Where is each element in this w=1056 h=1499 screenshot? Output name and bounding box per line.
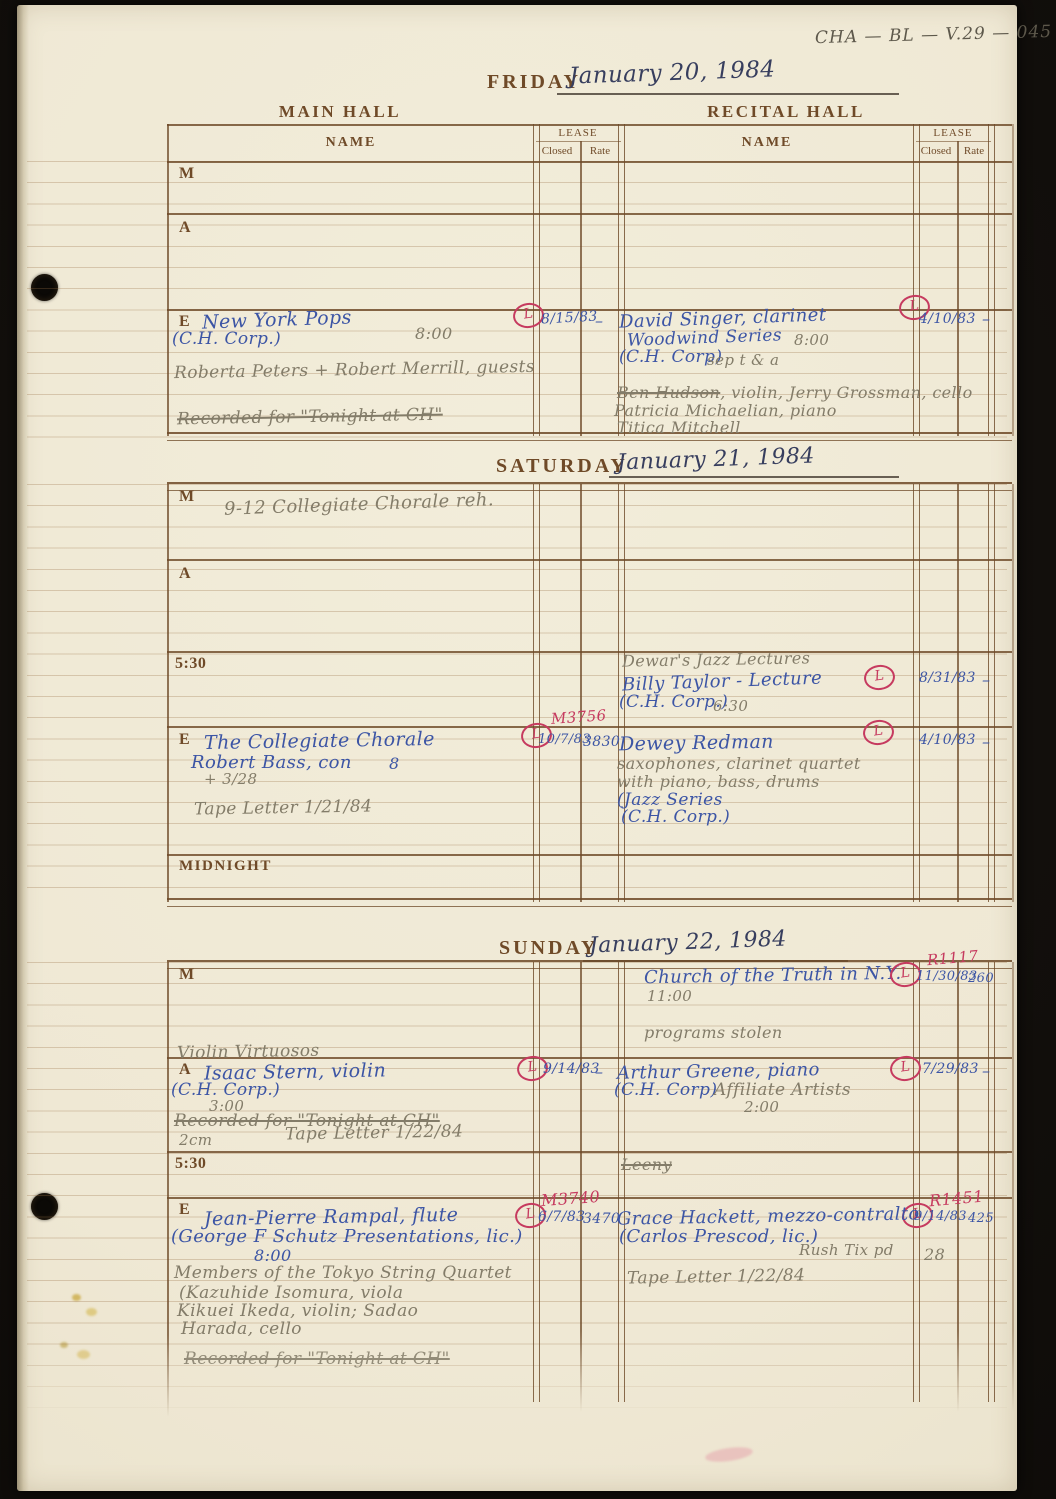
table-line (167, 559, 1012, 561)
saturday-recital-e-org: (C.H. Corp.) (621, 807, 730, 827)
table-line (580, 962, 582, 1412)
sunday-main-e-closed: 6/7/83 (538, 1209, 585, 1225)
sunday-recital-e-tape: Tape Letter 1/22/84 (627, 1265, 806, 1288)
table-line (167, 651, 1012, 653)
table-line (988, 484, 995, 902)
main-lease-header: LEASE (558, 127, 597, 139)
friday-recital-e-personnel: Ben Hudson, violin, Jerry Grossman, cell… (617, 383, 973, 402)
saturday-day-label: SATURDAY (496, 455, 628, 478)
table-line (167, 482, 1012, 491)
saturday-row-midnight: MIDNIGHT (179, 858, 272, 875)
friday-day-label: FRIDAY (487, 71, 581, 94)
saturday-recital-e-closed: 4/10/83 (919, 732, 976, 748)
table-line (536, 141, 621, 142)
friday-main-e-time: 8:00 (415, 324, 453, 343)
sunday-row-e: E (179, 1201, 190, 1219)
saturday-main-e-num: 8 (389, 754, 400, 773)
friday-recital-e-time: 8:00 (794, 331, 829, 349)
table-line (167, 124, 1012, 126)
saturday-recital-e-name: Dewey Redman (619, 731, 774, 756)
table-line (533, 962, 540, 1402)
friday-date: January 20, 1984 (569, 56, 776, 89)
table-line (167, 124, 169, 436)
sunday-main-a-tape: Tape Letter 1/22/84 (285, 1121, 464, 1144)
sunday-recital-a-program: Affiliate Artists (714, 1080, 851, 1100)
friday-recital-e-personnel3: Titica Mitchell (617, 418, 741, 437)
sunday-row-530: 5:30 (175, 1155, 206, 1173)
saturday-recital-530-org: (C.H. Corp.) (619, 692, 728, 712)
table-line (916, 141, 991, 142)
scanned-ledger-page: CHA — BL — V.29 — 045 FRIDAY January 20,… (0, 0, 1056, 1499)
sunday-main-e-org: (George F Schutz Presentations, lic.) (171, 1226, 523, 1247)
table-line (957, 962, 959, 1412)
sunday-recital-e-note: Rush Tix pd (799, 1241, 894, 1259)
table-line (580, 141, 582, 436)
table-line (988, 124, 995, 436)
table-line (1012, 962, 1014, 1412)
table-line (1012, 484, 1014, 902)
table-line (167, 213, 1012, 215)
table-line (167, 432, 1012, 441)
sunday-main-a-series: Violin Virtuosos (177, 1041, 320, 1063)
sunday-day-label: SUNDAY (499, 937, 599, 960)
saturday-row-a: A (179, 565, 191, 583)
sunday-row-a: A (179, 1061, 191, 1079)
sunday-recital-a-time: 2:00 (744, 1098, 779, 1116)
sunday-recital-530-strike: Leeny (621, 1155, 672, 1174)
friday-row-a: A (179, 219, 191, 237)
sunday-recital-e-num: 28 (924, 1245, 945, 1264)
main-closed-header: Closed (542, 145, 573, 157)
table-line (533, 484, 540, 902)
table-line (167, 484, 169, 902)
sunday-main-e-p2: (Kazuhide Isomura, viola (179, 1283, 403, 1303)
saturday-main-e-tape: Tape Letter 1/21/84 (194, 796, 373, 819)
sunday-recital-e-org: (Carlos Prescod, lic.) (619, 1226, 818, 1247)
ruled-lines (27, 962, 1007, 1420)
sunday-recital-m-time: 11:00 (647, 987, 692, 1005)
saturday-main-e-rate: 3830 (583, 734, 620, 750)
table-line (618, 962, 625, 1402)
saturday-recital-530-closed: 8/31/83 (919, 670, 976, 686)
table-line (957, 484, 959, 902)
date-underline (557, 93, 899, 95)
sunday-main-a-rate: – (595, 1062, 603, 1081)
sunday-main-e-recorded: Recorded for "Tonight at CH" (184, 1349, 450, 1369)
paper-sheet: CHA — BL — V.29 — 045 FRIDAY January 20,… (17, 5, 1017, 1491)
sunday-recital-m-name: Church of the Truth in N.Y. (644, 963, 902, 988)
main-rate-header: Rate (590, 145, 610, 157)
friday-recital-e-note: sep t & a (707, 351, 779, 369)
friday-main-e-rate: – (595, 311, 603, 330)
date-underline (609, 476, 899, 478)
table-line (1012, 124, 1014, 436)
table-line (167, 161, 1012, 163)
sunday-recital-a-org: (C.H. Corp) (614, 1080, 717, 1100)
recital-rate-header: Rate (964, 145, 984, 157)
sunday-recital-a-closed: 7/29/83 (922, 1061, 979, 1077)
saturday-date: January 21, 1984 (617, 444, 815, 476)
sunday-recital-e-closed: 9/14/83 (914, 1209, 967, 1224)
sunday-main-e-p1: Members of the Tokyo String Quartet (174, 1263, 512, 1283)
table-line (580, 484, 582, 902)
friday-main-e-closed: 8/15/83 (541, 309, 599, 328)
recital-name-header: NAME (742, 135, 793, 151)
saturday-recital-530-series: Dewar's Jazz Lectures (622, 648, 811, 670)
recital-hall-header: RECITAL HALL (707, 102, 865, 122)
friday-recital-e-rate: – (982, 309, 990, 328)
recital-closed-header: Closed (921, 145, 952, 157)
sunday-main-e-rate: 3470 (583, 1211, 620, 1227)
sunday-recital-e-rate: 425 (968, 1211, 994, 1226)
sunday-recital-m-note: programs stolen (644, 1023, 783, 1042)
table-line (988, 962, 995, 1402)
saturday-recital-530-time: 6:30 (713, 697, 748, 715)
saturday-recital-530-rate: – (982, 670, 990, 689)
table-line (167, 898, 1012, 907)
table-line (167, 962, 169, 1417)
sunday-recital-m-rate: 260 (968, 971, 994, 986)
sunday-recital-a-rate: – (982, 1061, 990, 1080)
table-line (167, 1151, 1012, 1153)
friday-row-m: M (179, 165, 195, 183)
table-line (913, 484, 920, 902)
friday-main-e-org: (C.H. Corp.) (172, 329, 281, 349)
friday-recital-e-closed: 4/10/83 (919, 311, 976, 327)
saturday-main-e-name: The Collegiate Chorale (204, 728, 435, 754)
ruled-lines (27, 484, 1007, 902)
sunday-row-m: M (179, 966, 195, 984)
saturday-row-m: M (179, 488, 195, 506)
saturday-recital-e-desc1: saxophones, clarinet quartet (617, 754, 861, 773)
sunday-date: January 22, 1984 (589, 927, 787, 959)
sunday-main-a-abbr: 2cm (179, 1131, 212, 1149)
recital-lease-header: LEASE (933, 127, 972, 139)
main-hall-header: MAIN HALL (279, 102, 401, 122)
table-line (533, 124, 540, 436)
saturday-recital-e-rate: – (982, 732, 990, 751)
sunday-main-e-p3: Kikuei Ikeda, violin; Sadao (177, 1301, 418, 1321)
personnel-rest: , violin, Jerry Grossman, cello (720, 383, 972, 402)
main-name-header: NAME (326, 135, 377, 151)
table-line (913, 962, 920, 1402)
saturday-row-e: E (179, 731, 190, 749)
saturday-main-e-extra: + 3/28 (204, 770, 257, 788)
saturday-recital-e-desc2: with piano, bass, drums (617, 772, 820, 791)
saturday-row-530: 5:30 (175, 655, 206, 673)
page-code: CHA — BL — V.29 — 045 (815, 22, 1053, 48)
table-line (167, 854, 1012, 856)
smudge (704, 1445, 753, 1465)
sunday-main-e-p4: Harada, cello (181, 1319, 302, 1339)
sunday-main-a-closed: 9/14/83 (543, 1061, 600, 1077)
crossed-out-name: Ben Hudson (617, 383, 720, 402)
